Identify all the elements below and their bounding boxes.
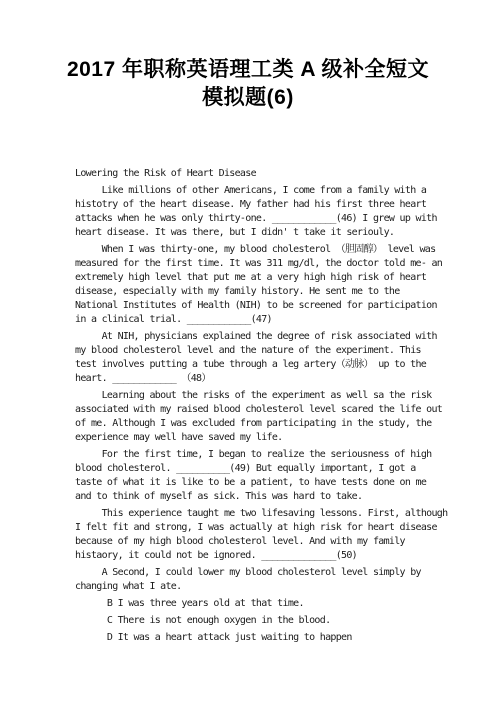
paragraph-3: At NIH, physicians explained the degree …: [75, 330, 485, 386]
title-line-2: 模拟题(6): [0, 84, 496, 112]
option-c: C There is not enough oxygen in the bloo…: [75, 614, 485, 628]
option-b: B I was three years old at that time.: [75, 597, 485, 611]
paragraph-1: Like millions of other Americans, I come…: [75, 184, 485, 240]
document-title: 2017 年职称英语理工类 A 级补全短文 模拟题(6): [0, 56, 496, 112]
option-a: A Second, I could lower my blood cholest…: [75, 566, 485, 594]
paragraph-4: Learning about the risks of the experime…: [75, 389, 485, 445]
paragraph-5: For the first time, I began to realize t…: [75, 448, 485, 504]
article-heading: Lowering the Risk of Heart Disease: [75, 167, 485, 181]
option-d: D It was a heart attack just waiting to …: [75, 631, 485, 645]
title-line-1: 2017 年职称英语理工类 A 级补全短文: [0, 56, 496, 84]
paragraph-6: This experience taught me two lifesaving…: [75, 507, 485, 563]
paragraph-2: When I was thirty-one, my blood choleste…: [75, 243, 485, 327]
article-body: Lowering the Risk of Heart Disease Like …: [75, 167, 485, 648]
document-page: 2017 年职称英语理工类 A 级补全短文 模拟题(6) Lowering th…: [0, 0, 496, 702]
